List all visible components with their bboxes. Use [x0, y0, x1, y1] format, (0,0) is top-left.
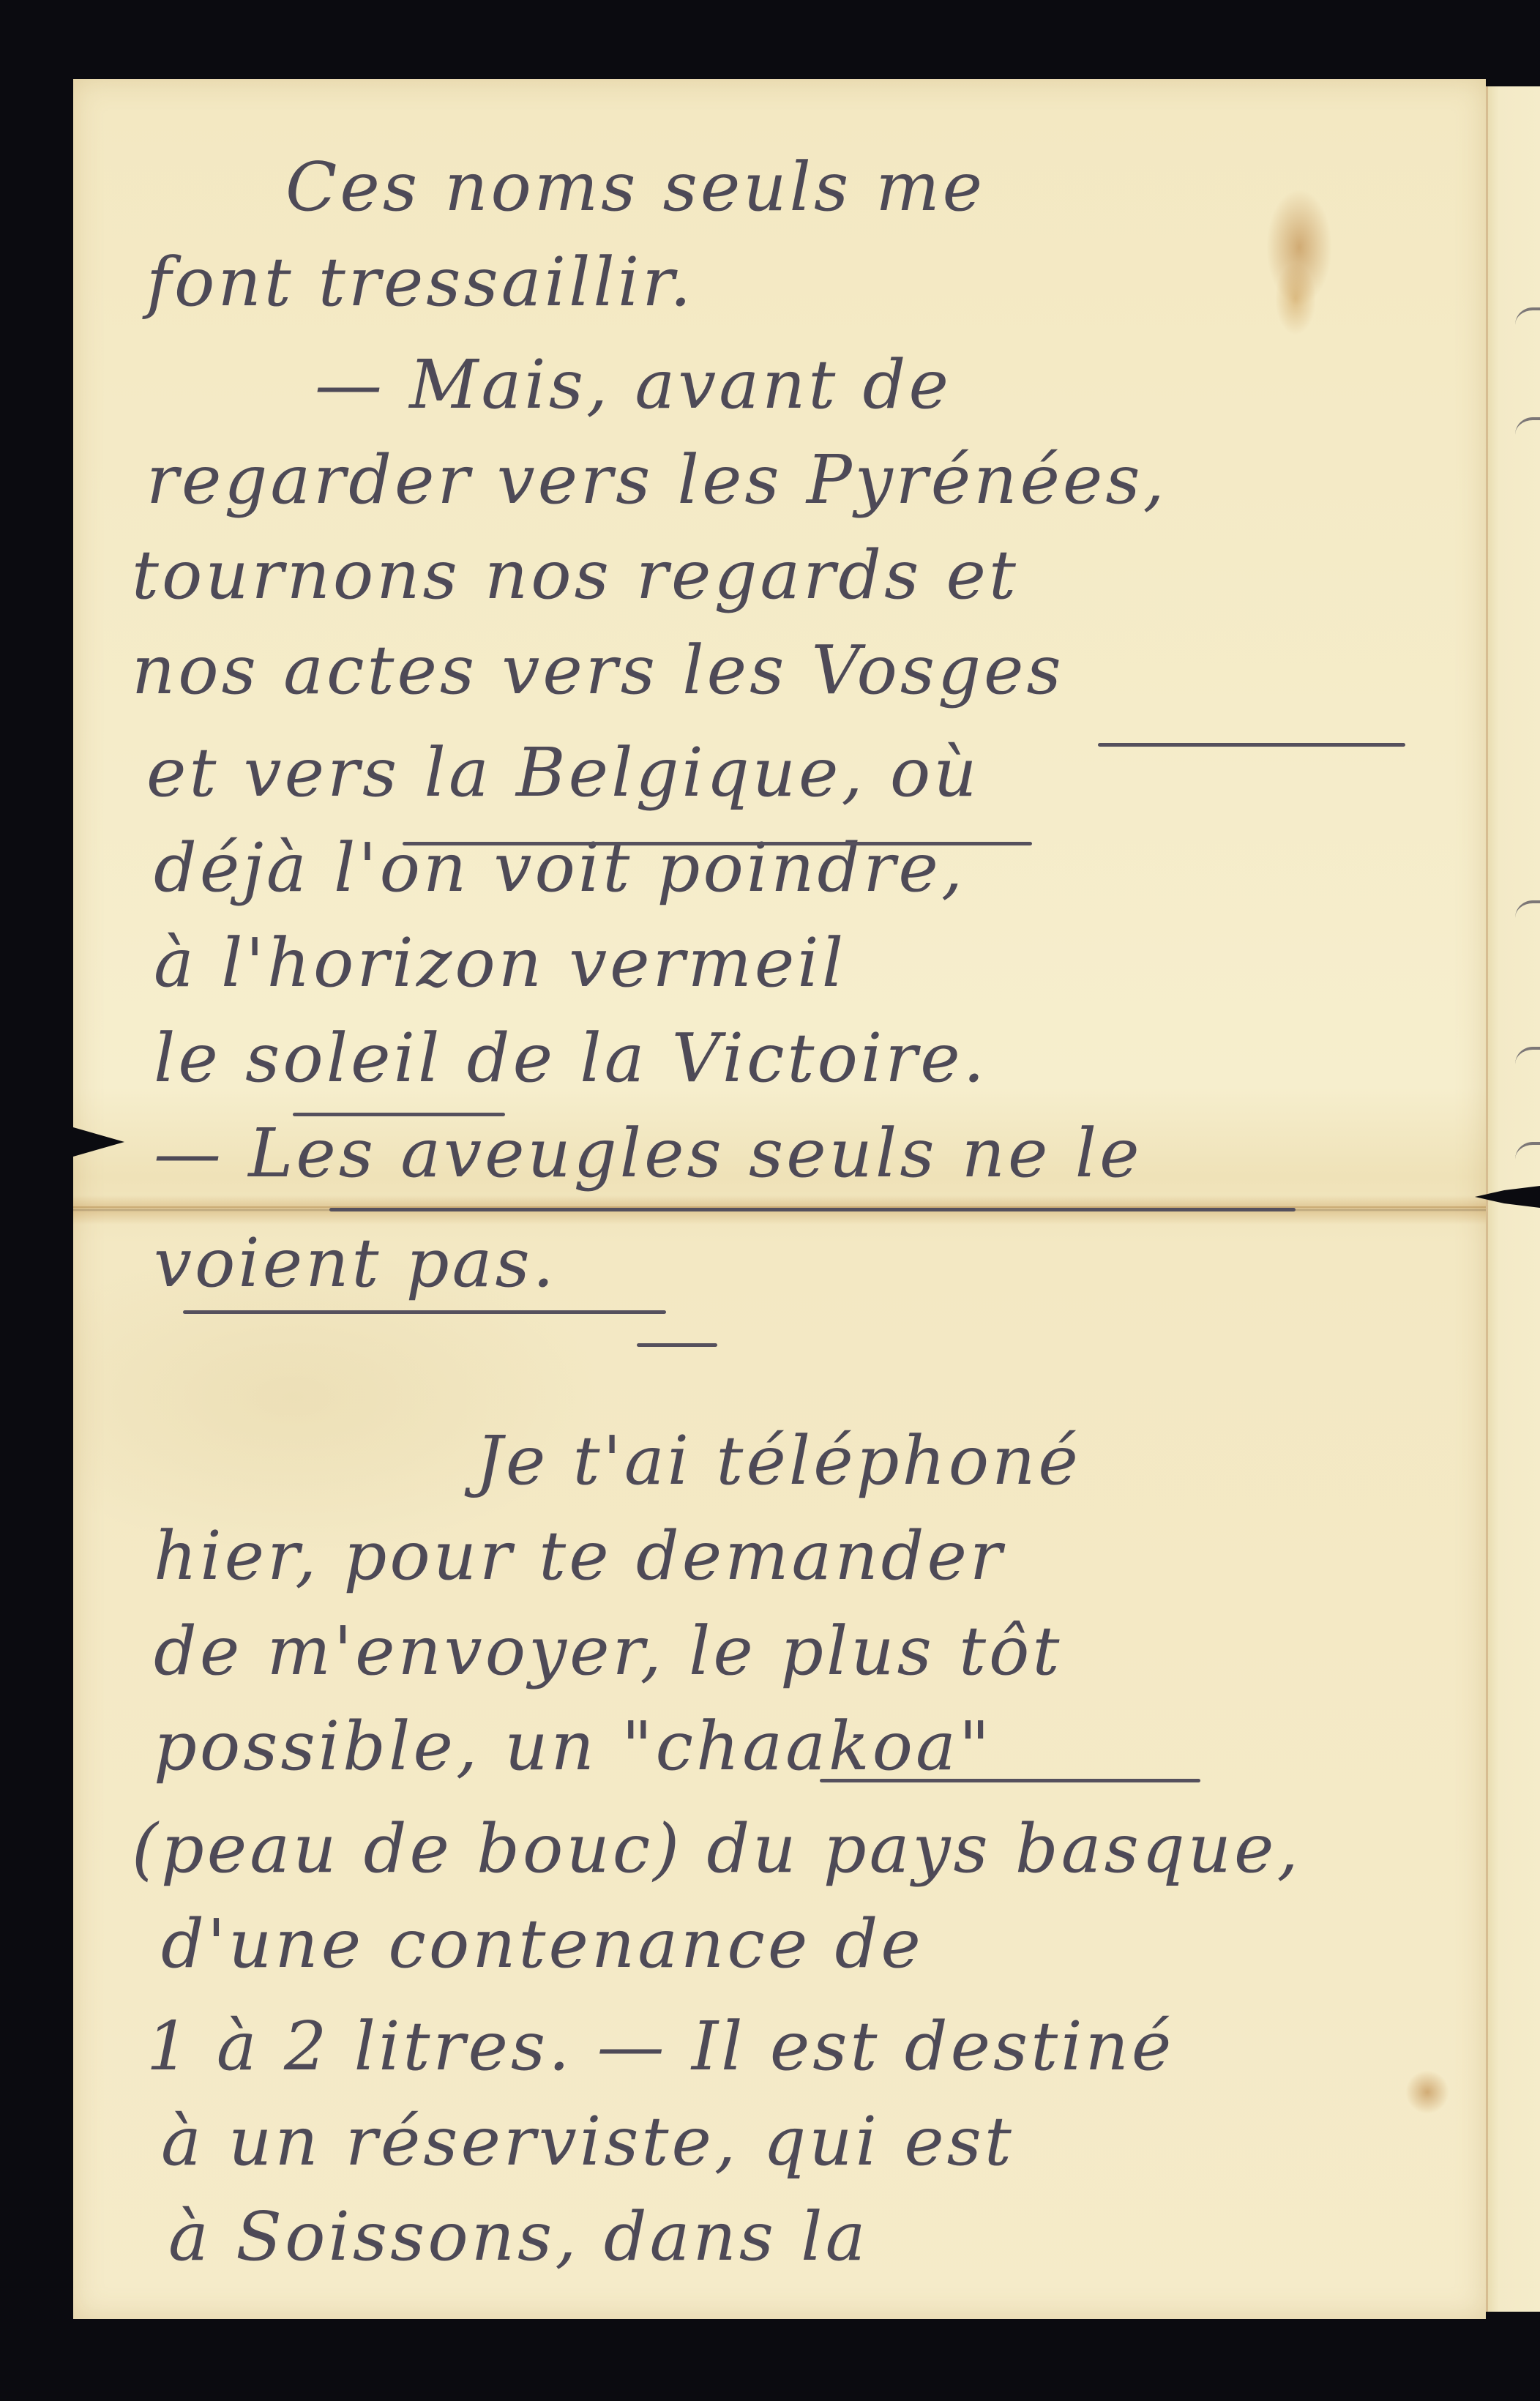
text-line: d'une contenance de [161, 1911, 924, 1978]
underline-soleil [293, 1113, 505, 1116]
text-line: à l'horizon vermeil [154, 930, 846, 997]
ink-stain [1266, 189, 1332, 306]
text-line: (peau de bouc) du pays basque, [132, 1815, 1301, 1883]
text-line: le soleil de la Victoire. [154, 1025, 987, 1092]
text-line: hier, pour te demander [154, 1523, 1005, 1590]
text-line: de m'envoyer, le plus tôt [154, 1618, 1062, 1685]
underline-voient-pas [183, 1310, 666, 1314]
text-line: Ces noms seuls me [285, 154, 985, 221]
underline-chaakoa [820, 1779, 1200, 1782]
text-line: à un réserviste, qui est [161, 2108, 1014, 2176]
edge-stain [1405, 2070, 1449, 2114]
underline-aveugles [329, 1208, 1296, 1211]
text-line: et vers la Belgique, où [146, 739, 980, 807]
text-line: voient pas. [154, 1230, 557, 1297]
underline-belgique [403, 842, 1032, 845]
text-line: 1 à 2 litres. — Il est destiné [146, 2013, 1174, 2080]
section-separator-dash [637, 1343, 717, 1347]
text-line: nos actes vers les Vosges [132, 637, 1064, 704]
text-line: regarder vers les Pyrénées, [146, 447, 1167, 514]
text-line: à Soissons, dans la [168, 2203, 868, 2271]
text-line: Je t'ai téléphoné [476, 1427, 1081, 1495]
text-line: font tressaillir. [146, 249, 694, 316]
text-line: tournons nos regards et [132, 542, 1019, 609]
text-line: — Les aveugles seuls ne le [154, 1120, 1143, 1187]
text-line: possible, un "chaakoa" [154, 1713, 993, 1780]
underline-vosges [1098, 743, 1405, 747]
text-line: — Mais, avant de [315, 351, 952, 419]
